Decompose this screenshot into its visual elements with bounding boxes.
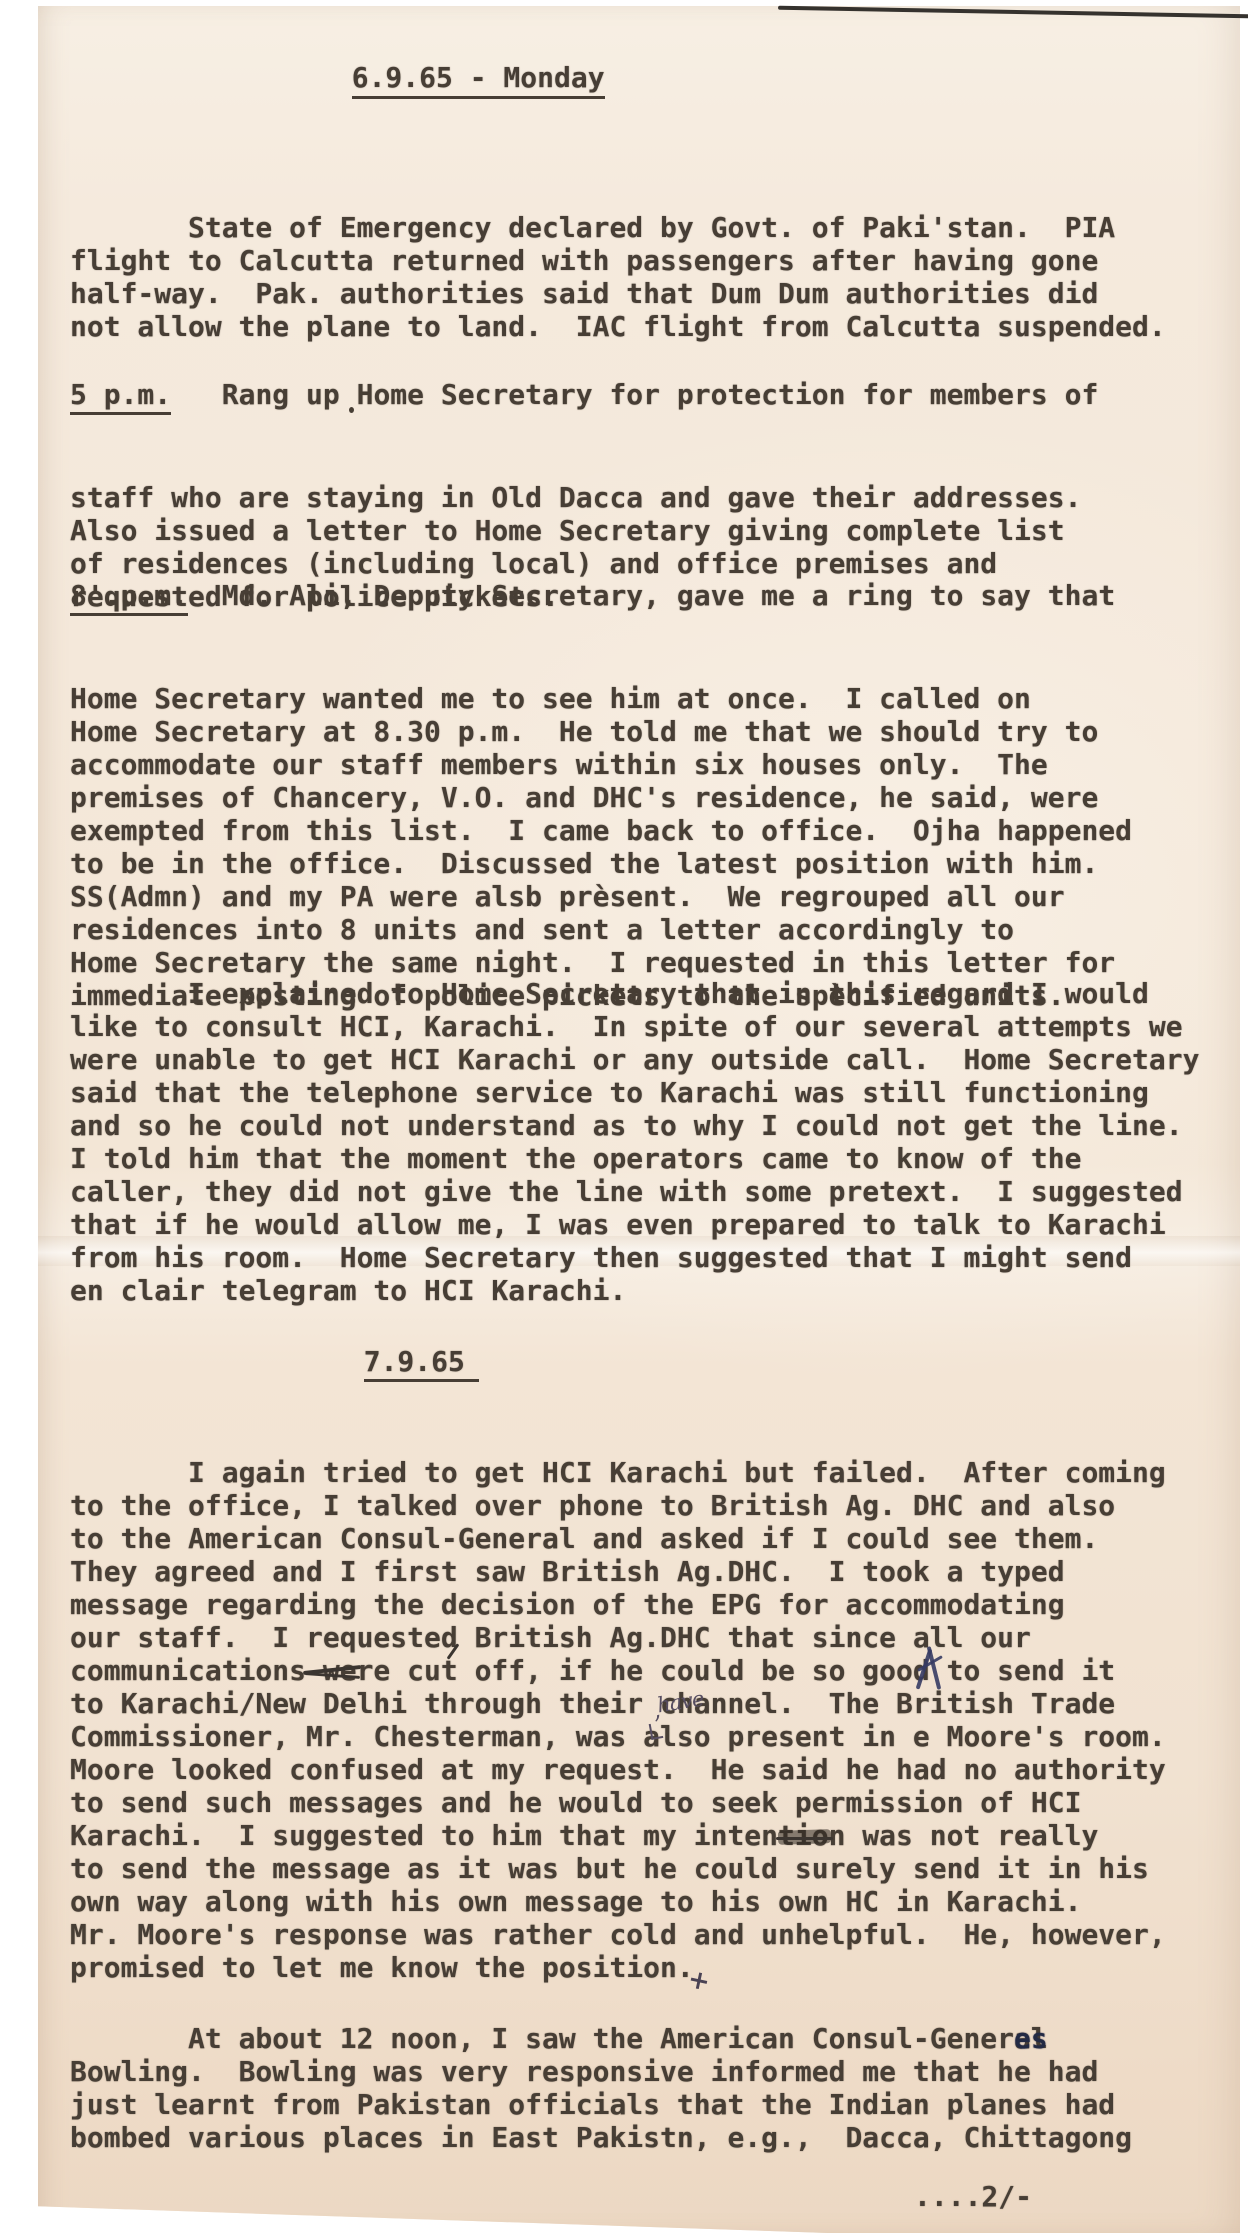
paragraph-british-dhc-text: I again tried to get HCI Karachi but fai… [70,1456,1166,1984]
paragraph-8pm-lead: Md. Ali, Deputy Secretary, gave me a rin… [188,579,1115,612]
paragraph-5pm-first-line: 5 p.m. Rang up Home Secretary for protec… [70,378,1098,415]
entry-date-heading-2-text: 7.9.65 [364,1345,479,1382]
strikeout-own-stroke [776,1837,833,1840]
paragraph-american-consul-general-text: At about 12 noon, I saw the American Con… [70,2022,1132,2154]
entry-date-heading-1: 6.9.65 - Monday [318,28,605,99]
paragraph-explained-home-secretary: I explained to Home Secretary that in th… [70,911,1199,1340]
paragraph-british-dhc: I again tried to get HCI Karachi but fai… [70,1390,1166,2017]
paragraph-american-consul-general: At about 12 noon, I saw the American Con… [70,1956,1132,2187]
scanned-diary-page: { "doc": { "heading1": "6.9.65 - Monday"… [0,0,1248,2233]
page-number-footer: ....2/- [914,2180,1032,2213]
entry-date-heading-1-text: 6.9.65 - Monday [352,61,605,99]
paragraph-explained-home-secretary-text: I explained to Home Secretary that in th… [70,977,1199,1307]
paragraph-8pm-first-line: 8'.p.m. Md. Ali, Deputy Secretary, gave … [70,579,1132,616]
time-label-5pm: 5 p.m. [70,378,171,415]
paragraph-5pm-lead: Rang up Home Secretary for protection fo… [171,378,1098,411]
overtyped-es-planes: es [1014,2022,1048,2055]
stray-ink-dot [349,407,354,413]
time-label-8pm: 8'.p.m. [70,579,188,616]
entry-date-heading-2: 7.9.65 [330,1312,479,1382]
insert-caret-mark [649,1722,664,1740]
